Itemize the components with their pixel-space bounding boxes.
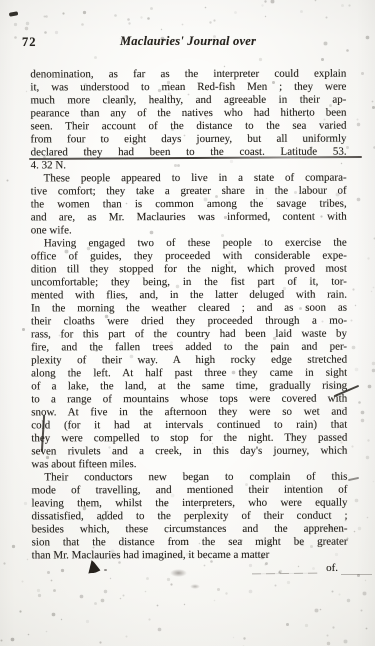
text-line: dissatisfied, added to the perplexity of… <box>32 510 348 524</box>
text-line: besides which, these circumstances and t… <box>32 523 348 537</box>
text-line: uncomfortable; they being, in the fist p… <box>31 276 347 290</box>
page-content: 72 Maclauries' Journal over denomination… <box>0 0 375 646</box>
text-line: denomination, as far as the interpreter … <box>30 68 346 82</box>
text-line: from four to eight days journey, but all… <box>31 133 347 147</box>
text-line: the women than is common among the savag… <box>31 198 347 212</box>
text-line: along the left. At half past three they … <box>31 367 347 381</box>
text-line: Their conductors new began to complain o… <box>31 471 347 485</box>
text-line: tive comfort; they take a greater share … <box>31 185 347 199</box>
text-line: was about fifteen miles. <box>31 458 347 472</box>
text-line: snow. At five in the afternoon they were… <box>31 406 347 420</box>
text-line: dition till they stopped for the night, … <box>31 263 347 277</box>
text-line: mode of travelling, and mentioned their … <box>31 484 347 498</box>
text-line: and are, as Mr. Maclauries was informed,… <box>31 211 347 225</box>
text-line: office of guides, they proceeded with co… <box>31 250 347 264</box>
text-line: it, was understood to mean Red-fish Men … <box>30 81 346 95</box>
text-line: mented with flies, and, in the latter de… <box>31 289 347 303</box>
text-line: seven rivulets and a creek, in this day'… <box>31 445 347 459</box>
text-line: their cloaths were dried they proceeded … <box>31 315 347 329</box>
text-line: rass, for this part of the country had b… <box>31 328 347 342</box>
text-line: seen. Their account of the distance to t… <box>30 120 346 134</box>
text-line: Having engaged two of these people to ex… <box>31 237 347 251</box>
catchword: of. <box>280 562 338 575</box>
text-line: These people appeared to live in a state… <box>31 172 347 186</box>
text-line: fire, and the fallen trees added to the … <box>31 341 347 355</box>
running-title: Maclauries' Journal over <box>30 34 346 49</box>
page-header: 72 Maclauries' Journal over <box>0 34 375 50</box>
text-line: In the morning the weather cleared ; and… <box>31 302 347 316</box>
text-line: to a range of mountains whose tops were … <box>31 393 347 407</box>
text-line: much more cleanly, healthy, and agreeabl… <box>30 94 346 108</box>
text-line: of a lake, the land, at the same time, g… <box>31 380 347 394</box>
text-line: leaving them, whilst the interpreters, w… <box>31 497 347 511</box>
text-line: declared they had been to the coast. Lat… <box>31 146 347 160</box>
text-line: pearance than any of the natives who had… <box>30 107 346 121</box>
scanned-page: 72 Maclauries' Journal over denomination… <box>0 0 375 646</box>
text-block: denomination, as far as the interpreter … <box>30 68 347 563</box>
text-line: 4. 32 N. <box>31 159 347 173</box>
text-line: sion that the distance from the sea migh… <box>32 536 348 550</box>
text-line: one wife. <box>31 224 347 238</box>
text-line: cold (for it had at intervals continued … <box>31 419 347 433</box>
text-line: plexity of their way. A high rocky edge … <box>31 354 347 368</box>
text-line: they were compelled to stop for the nigh… <box>31 432 347 446</box>
text-line: than Mr. Maclauries had imagined, it bec… <box>32 549 348 563</box>
